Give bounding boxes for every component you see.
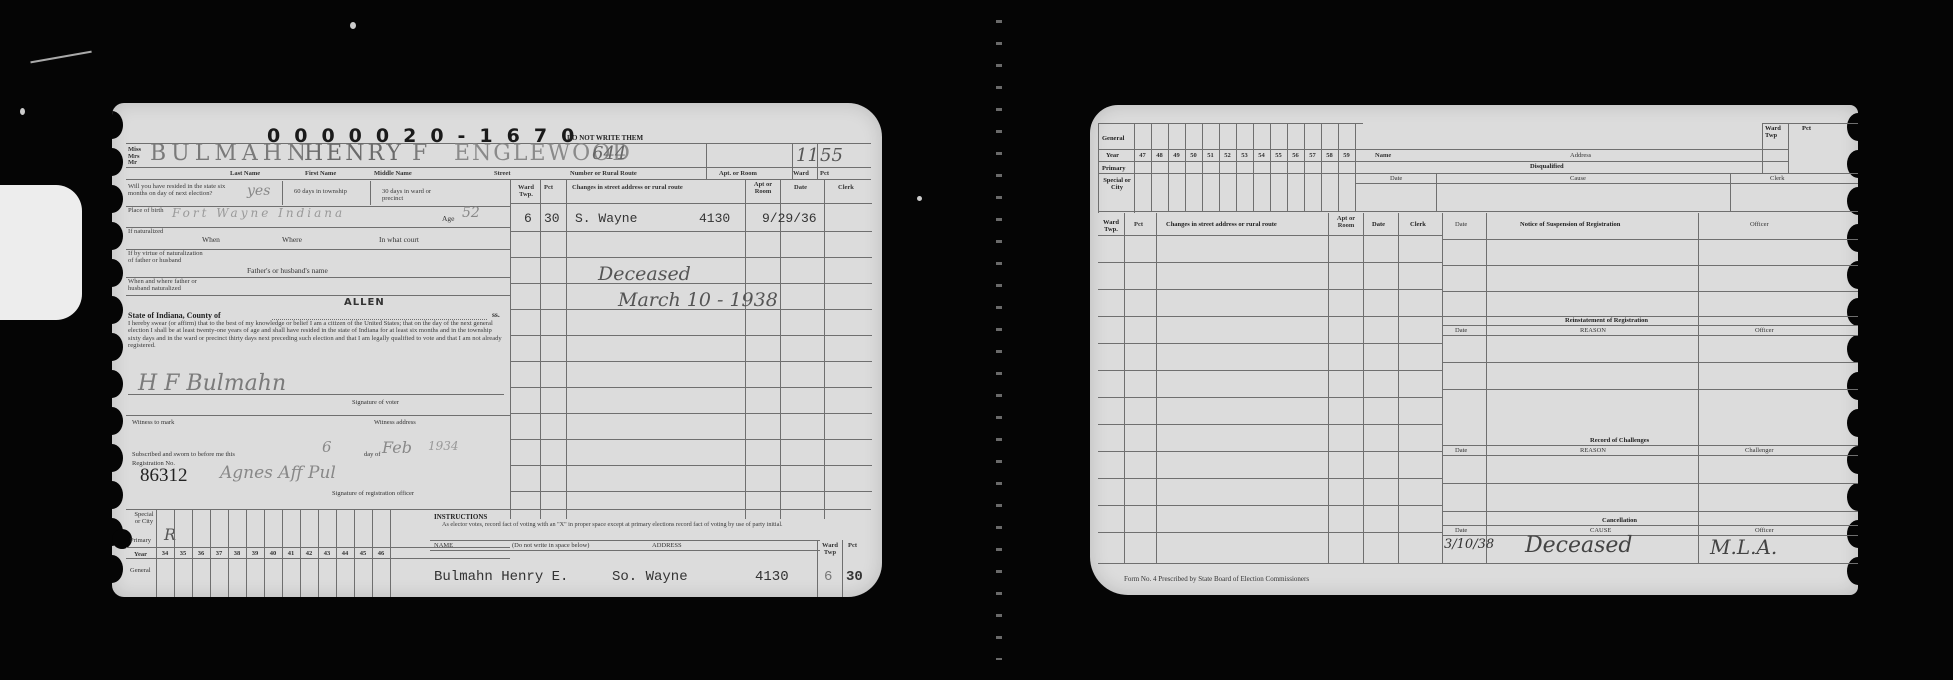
label-pct: Pct [820, 170, 829, 177]
film-scratch [30, 51, 91, 63]
place-of-birth-value: Fort Wayne Indiana [172, 206, 345, 220]
label-voter-signature: Signature of voter [352, 399, 399, 406]
sworn-month: Feb [382, 438, 412, 457]
label-name: NAME [434, 542, 453, 549]
ward-value: 11 [796, 145, 819, 166]
label-when: When [202, 236, 220, 244]
row-label-general: General [1102, 135, 1124, 142]
header-reinstatement-date: Date [1455, 327, 1467, 334]
label-disq-cause: Cause [1570, 175, 1586, 182]
officer-signature: Agnes Aff Pul [220, 463, 336, 483]
label-naturalized: If naturalized [128, 228, 168, 235]
header-pct: Pct [544, 184, 553, 191]
label-day-of: day of [364, 451, 380, 458]
form-footer: Form No. 4 Prescribed by State Board of … [1124, 575, 1309, 583]
label-court: In what court [379, 236, 419, 244]
question-ward: 30 days in ward or precinct [382, 188, 452, 203]
house-number-value: 644 [592, 143, 626, 164]
row-pct: 30 [544, 211, 560, 226]
cancellation-officer: M.L.A. [1710, 535, 1777, 559]
label-father-name: Father's or husband's name [247, 267, 328, 275]
film-speck [917, 196, 922, 201]
instructions-text: As elector votes, record fact of voting … [442, 521, 842, 528]
label-witness-mark: Witness to mark [132, 419, 174, 426]
title-prefixes: MissMrsMr [128, 147, 141, 167]
typed-ward: 6 [824, 569, 832, 585]
cancellation-date: 3/10/38 [1444, 537, 1494, 552]
label-place-of-birth: Place of birth [128, 207, 168, 214]
registration-number: 86312 [140, 465, 188, 487]
label-ward-twp: Ward Twp [820, 542, 840, 556]
header-cancel-officer: Officer [1755, 527, 1774, 534]
header-reinstatement-officer: Officer [1755, 327, 1774, 334]
row-ward: 6 [524, 211, 532, 226]
header-suspension-date: Date [1455, 221, 1467, 228]
header-reinstatement-reason: REASON [1580, 327, 1606, 334]
header-challenge-date: Date [1455, 447, 1467, 454]
label-age: Age [442, 215, 455, 223]
row-label-primary: Primary [130, 537, 151, 544]
question-township: 60 days in township [294, 188, 354, 195]
question-state-residence: Will you have resided in the state six m… [128, 183, 246, 198]
label-officer-signature: Signature of registration officer [332, 490, 414, 497]
pct-value: 55 [820, 145, 843, 166]
label-ward-twp: Ward Twp [1765, 125, 1785, 139]
row-label-special: Special or City [132, 511, 156, 525]
header-clerk: Clerk [838, 184, 854, 191]
answer-state-residence: yes [247, 183, 270, 199]
label-first-name: First Name [305, 170, 336, 177]
label-disq-date: Date [1390, 175, 1402, 182]
label-address: Address [1570, 152, 1591, 159]
typed-pct: 30 [846, 569, 863, 585]
header-address-changes: Changes in street address or rural route [572, 184, 683, 191]
oath-text: I hereby swear (or affirm) that to the b… [128, 320, 506, 349]
oath-heading: State of Indiana, County of [128, 311, 221, 320]
typed-number: 4130 [755, 569, 789, 585]
label-disq-clerk: Clerk [1770, 175, 1784, 182]
row-label-primary: Primary [1102, 165, 1125, 172]
row-date: 9/29/36 [762, 211, 817, 226]
label-father-naturalized: When and where father or husband natural… [128, 278, 208, 293]
registration-card-front: 0000020-1670 DO NOT WRITE THEM MissMrsMr… [112, 103, 882, 597]
instructions-title: INSTRUCTIONS [434, 513, 487, 521]
reinstatement-title: Reinstatement of Registration [1565, 317, 1648, 324]
film-speck [350, 22, 356, 29]
sworn-text: Subscribed and sworn to before me this [132, 451, 235, 458]
film-splice-mark [996, 10, 1002, 660]
header-challenge-reason: REASON [1580, 447, 1606, 454]
county-value: ALLEN [344, 297, 385, 308]
header-pct: Pct [1134, 221, 1143, 228]
row-address: S. Wayne [575, 211, 637, 226]
sworn-day: 6 [322, 438, 332, 456]
registration-card-back: General Year Primary Special or City 47 … [1090, 105, 1858, 595]
film-speck [20, 108, 25, 115]
label-father-naturalization: If by virtue of naturalization of father… [128, 250, 208, 265]
oath-ss: ss. [492, 311, 500, 319]
header-apt-room: Apt or Room [1330, 215, 1362, 229]
label-pct: Pct [1802, 125, 1811, 132]
header-clerk: Clerk [1410, 221, 1426, 228]
label-witness-address: Witness address [374, 419, 416, 426]
label-where: Where [282, 236, 302, 244]
label-apt: Apt. or Room [719, 170, 757, 177]
sworn-year: 1934 [428, 439, 459, 453]
film-glare [0, 185, 82, 320]
row-label-year: Year [134, 551, 147, 558]
card-edge-notches [112, 111, 123, 583]
label-pct-bottom: Pct [848, 542, 857, 549]
label-ward: Ward [793, 170, 809, 177]
age-value: 52 [462, 205, 480, 221]
header-apt-room: Apt or Room [748, 181, 778, 195]
voter-signature: H F Bulmahn [138, 371, 286, 396]
header-ward-twp: Ward Twp. [513, 184, 539, 198]
deceased-annotation: Deceased [598, 263, 691, 285]
middle-name-value: F [412, 141, 427, 166]
label-middle-name: Middle Name [374, 170, 412, 177]
row-label-special: Special or City [1102, 177, 1132, 191]
typed-address: So. Wayne [612, 569, 688, 585]
header-challenger: Challenger [1745, 447, 1774, 454]
label-do-not-write: (Do not write in space below) [512, 542, 589, 549]
row-label-general: General [130, 567, 151, 574]
header-suspension-officer: Officer [1750, 221, 1769, 228]
death-date-annotation: March 10 - 1938 [618, 289, 778, 311]
label-name: Name [1375, 152, 1391, 159]
header-ward-twp: Ward Twp. [1100, 219, 1122, 233]
header-suspension-notice: Notice of Suspension of Registration [1520, 221, 1620, 228]
last-name-value: BULMAHN [150, 141, 311, 166]
challenges-title: Record of Challenges [1590, 437, 1649, 444]
first-name-value: HENRY [304, 141, 404, 166]
label-last-name: Last Name [230, 170, 260, 177]
label-street: Street [494, 170, 510, 177]
cancellation-cause: Deceased [1525, 533, 1633, 558]
label-disqualified: Disqualified [1530, 163, 1564, 170]
header-date: Date [794, 184, 807, 191]
header-date: Date [1372, 221, 1385, 228]
row-label-year: Year [1106, 152, 1119, 159]
punch-hole [112, 529, 132, 549]
typed-name: Bulmahn Henry E. [434, 569, 568, 585]
label-number: Number or Rural Route [570, 170, 637, 177]
label-address: ADDRESS [652, 542, 682, 549]
header-address-changes: Changes in street address or rural route [1166, 221, 1277, 228]
row-number: 4130 [699, 211, 730, 226]
cancellation-title: Cancellation [1602, 517, 1637, 524]
header-cancel-date: Date [1455, 527, 1467, 534]
